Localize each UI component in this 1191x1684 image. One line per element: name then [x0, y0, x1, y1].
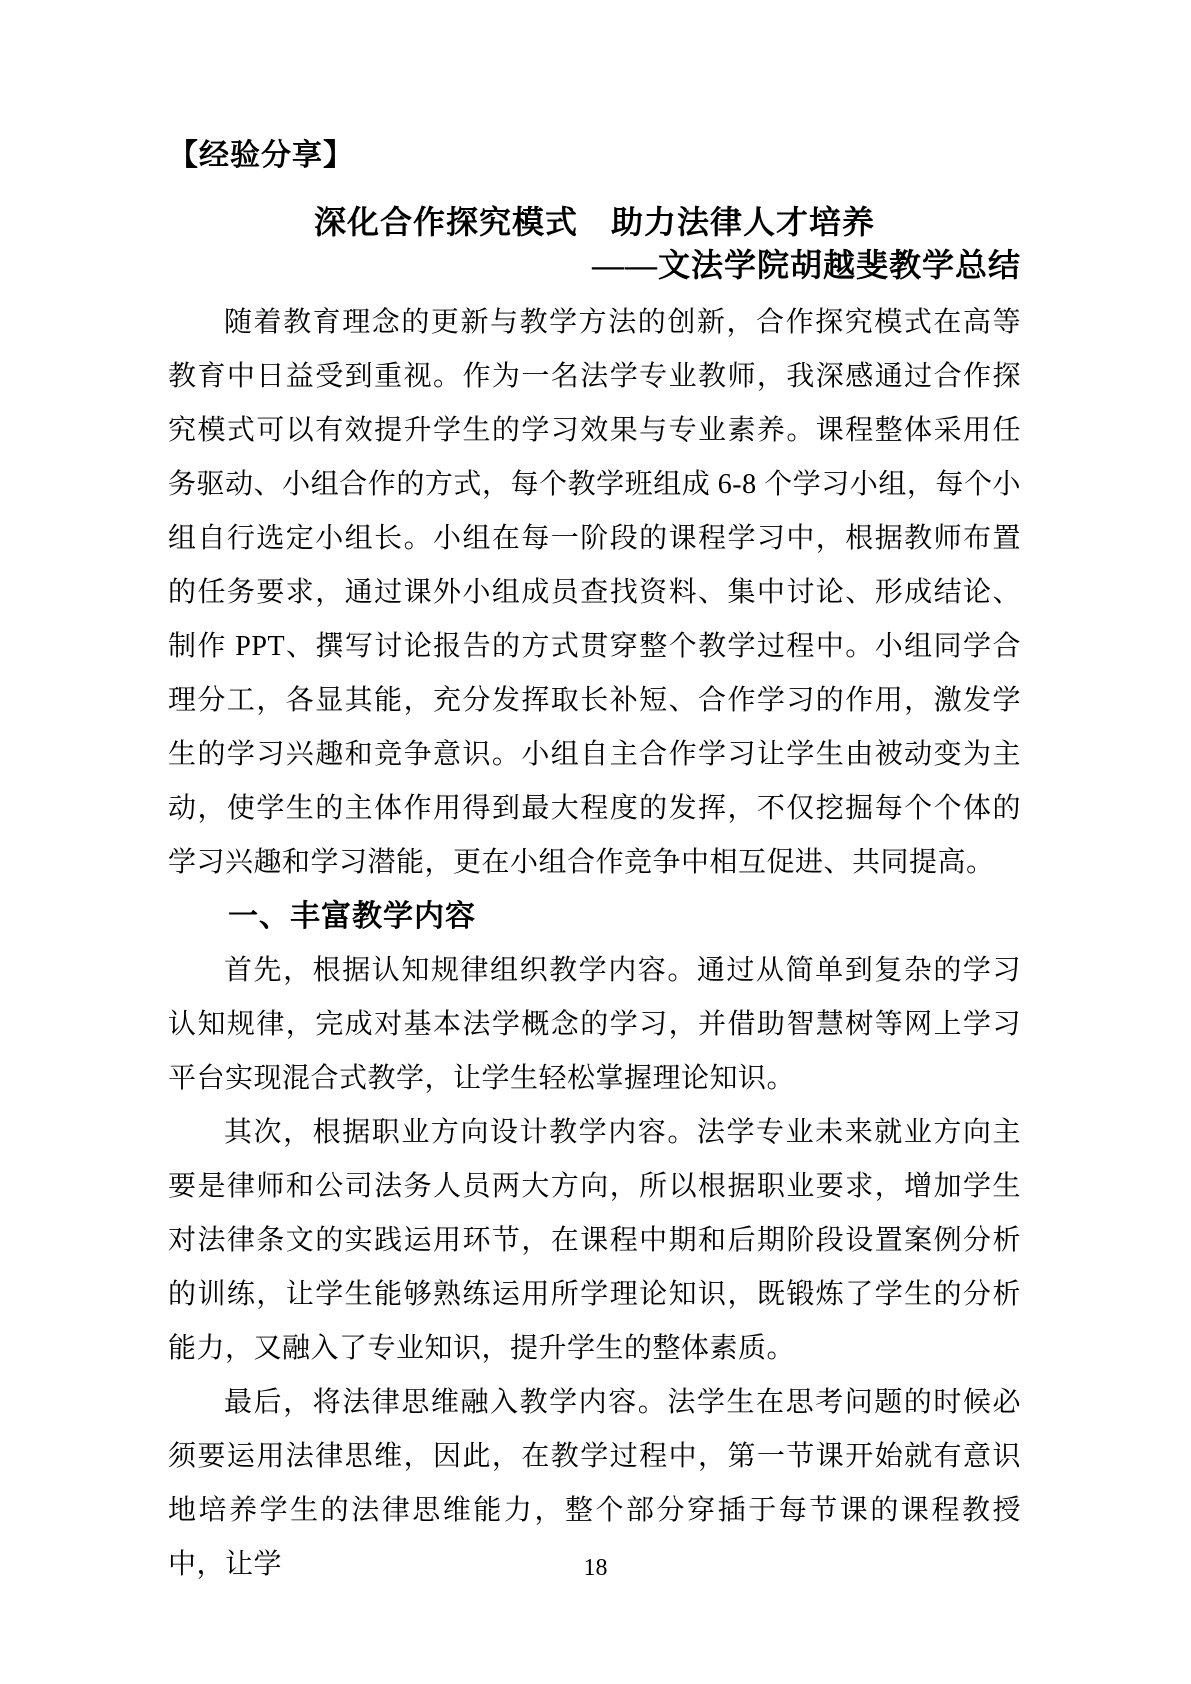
section-heading-1: 一、丰富教学内容	[168, 890, 1021, 944]
document-page: 【经验分享】 深化合作探究模式 助力法律人才培养 ——文法学院胡越斐教学总结 随…	[0, 0, 1191, 1684]
category-tag: 【经验分享】	[168, 138, 1021, 174]
document-body: 随着教育理念的更新与教学方法的创新，合作探究模式在高等教育中日益受到重视。作为一…	[168, 296, 1021, 1592]
document-content: 【经验分享】 深化合作探究模式 助力法律人才培养 ——文法学院胡越斐教学总结 随…	[168, 138, 1021, 1592]
paragraph: 首先，根据认知规律组织教学内容。通过从简单到复杂的学习认知规律，完成对基本法学概…	[168, 944, 1021, 1106]
document-title: 深化合作探究模式 助力法律人才培养	[168, 202, 1021, 242]
page-number: 18	[0, 1552, 1191, 1584]
paragraph-intro: 随着教育理念的更新与教学方法的创新，合作探究模式在高等教育中日益受到重视。作为一…	[168, 296, 1021, 890]
paragraph: 其次，根据职业方向设计教学内容。法学专业未来就业方向主要是律师和公司法务人员两大…	[168, 1106, 1021, 1376]
document-subtitle: ——文法学院胡越斐教学总结	[168, 244, 1021, 286]
